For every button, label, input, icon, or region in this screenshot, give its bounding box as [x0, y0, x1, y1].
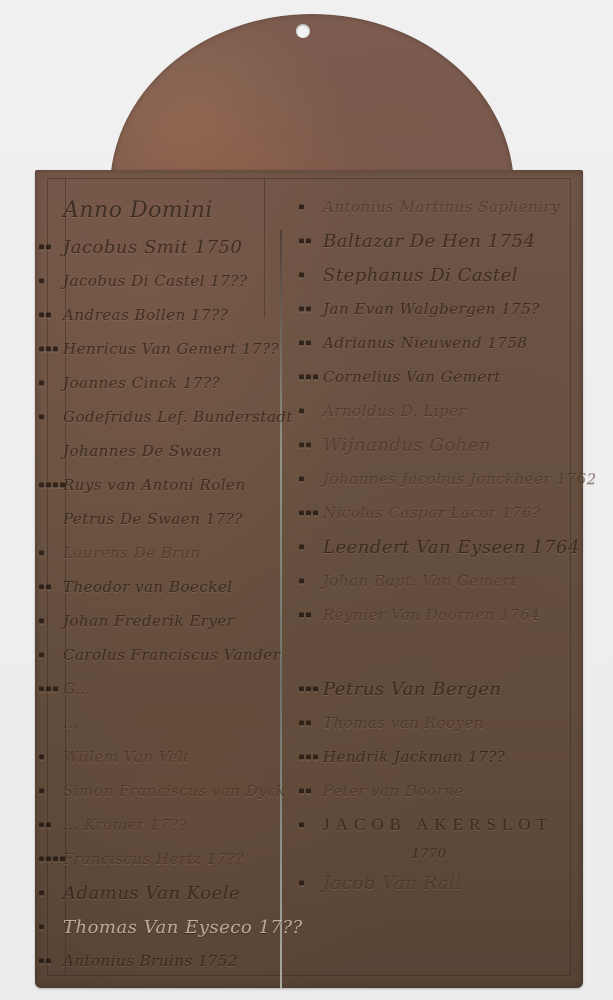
entry-name: Thomas Van Eyseco	[63, 917, 252, 938]
makers-marks-icon	[299, 721, 311, 726]
list-item: Johan Frederik Eryer	[63, 604, 301, 638]
entry-name: Antonius Martinus Sapheniry	[323, 198, 560, 216]
entry-name: Johannes De Swaen	[63, 442, 222, 460]
makers-marks-icon	[39, 959, 51, 964]
list-item: Hendrik Jackman 17??	[323, 740, 575, 774]
entry-year: 17??	[207, 850, 244, 868]
entry-year: 17??	[191, 306, 228, 324]
entry-year: 1750	[195, 237, 243, 258]
entry-name: Johan Frederik Eryer	[63, 612, 234, 630]
list-item: Peter van Doorne	[323, 774, 575, 808]
entry-name: Cornelius Van Gemert	[323, 368, 501, 386]
entry-year: 17??	[150, 816, 187, 834]
list-item: Nicolas Caspar Lacor 176?	[323, 496, 575, 530]
list-item: Adrianus Nieuwend 1758	[323, 326, 575, 360]
list-item: Laurens De Brun	[63, 536, 301, 570]
makers-marks-icon	[299, 375, 318, 380]
entry-year: 17??	[206, 510, 243, 528]
photo-scene: Anno Domini Jacobus Smit 1750 Jacobus Di…	[0, 0, 613, 1000]
makers-marks-icon	[299, 273, 304, 278]
list-item: Antonius Bruins 1752	[63, 944, 301, 978]
makers-marks-icon	[39, 381, 44, 386]
entry-name: Franciscus Hertz	[63, 850, 202, 868]
makers-marks-icon	[299, 545, 304, 550]
list-item: ... Kramer 17??	[63, 808, 301, 842]
entry-year: 17??	[210, 272, 247, 290]
entry-year: 1752	[198, 952, 238, 970]
makers-marks-icon	[299, 239, 311, 244]
entry-name: Reynier Van Doornen	[323, 606, 495, 624]
makers-marks-icon	[299, 823, 304, 828]
list-item: Cornelius Van Gemert	[323, 360, 575, 394]
makers-marks-icon	[299, 341, 311, 346]
entry-year: 175?	[501, 300, 540, 318]
entry-name: Thomas van Rooyen	[323, 714, 484, 732]
entry-name: Petrus Van Bergen	[323, 679, 502, 700]
entry-name: Arnoldus D. Liper	[323, 402, 466, 420]
entry-name: Wijnandus Gohen	[323, 435, 491, 456]
makers-marks-icon	[299, 477, 304, 482]
entry-year: 176?	[502, 504, 541, 522]
list-item: Johannes De Swaen	[63, 434, 301, 468]
entry-name: Petrus De Swaen	[63, 510, 200, 528]
entry-name: Jan Evan Walgbergen	[323, 300, 496, 318]
makers-marks-icon	[39, 891, 44, 896]
heading-text: Anno Domini	[63, 198, 213, 223]
plaque-plate: Anno Domini Jacobus Smit 1750 Jacobus Di…	[35, 170, 583, 988]
list-item: Franciscus Hertz 17??	[63, 842, 301, 876]
makers-marks-icon	[299, 307, 311, 312]
entry-name: Jacob Van Rall	[323, 873, 462, 894]
list-item: Jacobus Smit 1750	[63, 230, 301, 264]
entry-name: G...	[63, 680, 91, 698]
list-item: Baltazar De Hen 1754	[323, 224, 575, 258]
makers-marks-icon	[299, 443, 311, 448]
makers-marks-icon	[39, 313, 51, 318]
list-item	[323, 632, 575, 672]
makers-marks-icon	[299, 881, 304, 886]
list-item: ...	[63, 706, 301, 740]
entry-year: 17??	[258, 917, 302, 938]
list-item: Willem Van Velt	[63, 740, 301, 774]
list-item: Reynier Van Doornen 1764	[323, 598, 575, 632]
list-item: Thomas van Rooyen	[323, 706, 575, 740]
makers-marks-icon	[39, 755, 44, 760]
list-item: Jacobus Di Castel 17??	[63, 264, 301, 298]
list-item: Adamus Van Koele	[63, 876, 301, 910]
entry-name: Hendrik Jackman	[323, 748, 463, 766]
makers-marks-icon	[299, 755, 318, 760]
entry-name: Carolus Franciscus Vander	[63, 646, 280, 664]
entry-name: Henricus Van Gemert	[63, 340, 237, 358]
right-column: Antonius Martinus Sapheniry Baltazar De …	[323, 190, 575, 900]
list-item: Johan Bapt. Van Gemert	[323, 564, 575, 598]
makers-marks-icon	[39, 619, 44, 624]
list-item: G...	[63, 672, 301, 706]
entry-name: Godefridus Lef. Bunderstadt	[63, 408, 293, 426]
list-item: Godefridus Lef. Bunderstadt	[63, 400, 301, 434]
makers-marks-icon	[39, 823, 51, 828]
entry-name: Laurens De Brun	[63, 544, 200, 562]
makers-marks-icon	[39, 245, 51, 250]
entry-name: Baltazar De Hen	[323, 231, 481, 252]
entry-name: Joannes Cinck	[63, 374, 178, 392]
makers-marks-icon	[39, 857, 65, 862]
makers-marks-icon	[299, 511, 318, 516]
makers-marks-icon	[39, 687, 58, 692]
list-item: Simon Franciscus van Dyck	[63, 774, 301, 808]
list-item: Jan Evan Walgbergen 175?	[323, 292, 575, 326]
makers-marks-icon	[39, 279, 44, 284]
entry-year: 1770	[411, 847, 446, 862]
entry-name: Theodor van Boeckel	[63, 578, 233, 596]
makers-marks-icon	[39, 483, 65, 488]
entry-year: 1758	[487, 334, 527, 352]
entry-year: 17??	[242, 340, 279, 358]
list-item: Antonius Martinus Sapheniry	[323, 190, 575, 224]
list-item: Ruys van Antoni Rolen	[63, 468, 301, 502]
entry-name: Johan Bapt. Van Gemert	[323, 572, 517, 590]
list-item: Stephanus Di Castel	[323, 258, 575, 292]
list-item: Arnoldus D. Liper	[323, 394, 575, 428]
list-item: 1770	[323, 842, 575, 866]
makers-marks-icon	[39, 551, 44, 556]
entry-name: Adrianus Nieuwend	[323, 334, 482, 352]
makers-marks-icon	[299, 205, 304, 210]
list-item: Johannes Jacobus Jonckheer 1762	[323, 462, 575, 496]
list-item: Joannes Cinck 17??	[63, 366, 301, 400]
list-item: Thomas Van Eyseco 17??	[63, 910, 301, 944]
entry-name: Ruys van Antoni Rolen	[63, 476, 246, 494]
entry-name: Andreas Bollen	[63, 306, 186, 324]
entry-name: Antonius Bruins	[63, 952, 193, 970]
makers-marks-icon	[39, 653, 44, 658]
makers-marks-icon	[39, 925, 44, 930]
makers-marks-icon	[39, 415, 44, 420]
list-item: Petrus Van Bergen	[323, 672, 575, 706]
entry-name: JACOB AKERSLOT	[323, 815, 553, 835]
entry-year: 17??	[183, 374, 220, 392]
left-column: Anno Domini Jacobus Smit 1750 Jacobus Di…	[63, 190, 301, 978]
entry-name: Adamus Van Koele	[63, 883, 240, 904]
entry-name: Jacobus Di Castel	[63, 272, 205, 290]
entry-name: Stephanus Di Castel	[323, 265, 518, 286]
entry-year: 1754	[488, 231, 536, 252]
list-item: Carolus Franciscus Vander	[63, 638, 301, 672]
entry-name: Nicolas Caspar Lacor	[323, 504, 497, 522]
list-item: JACOB AKERSLOT	[323, 808, 575, 842]
makers-marks-icon	[299, 409, 304, 414]
list-item: Wijnandus Gohen	[323, 428, 575, 462]
list-item: Henricus Van Gemert 17??	[63, 332, 301, 366]
entry-year: 1764	[500, 606, 540, 624]
entry-name: ...	[63, 714, 79, 732]
list-item: Jacob Van Rall	[323, 866, 575, 900]
makers-marks-icon	[299, 687, 318, 692]
makers-marks-icon	[39, 347, 58, 352]
list-item: Leendert Van Eyseen 1764	[323, 530, 575, 564]
entry-name: ... Kramer	[63, 816, 145, 834]
list-item: Andreas Bollen 17??	[63, 298, 301, 332]
makers-marks-icon	[299, 613, 311, 618]
heading-anno-domini: Anno Domini	[63, 190, 301, 230]
suspension-hole	[296, 24, 310, 38]
entry-year: 17??	[468, 748, 505, 766]
entry-name: Willem Van Velt	[63, 748, 190, 766]
entry-year: 1762	[557, 470, 597, 488]
entry-name: Johannes Jacobus Jonckheer	[323, 470, 551, 488]
list-item: Theodor van Boeckel	[63, 570, 301, 604]
list-item: Petrus De Swaen 17??	[63, 502, 301, 536]
makers-marks-icon	[299, 789, 311, 794]
makers-marks-icon	[299, 579, 304, 584]
makers-marks-icon	[39, 585, 51, 590]
entry-name: Jacobus Smit	[63, 237, 188, 258]
entry-name: Simon Franciscus van Dyck	[63, 782, 286, 800]
entry-name: Leendert Van Eyseen	[323, 537, 526, 558]
makers-marks-icon	[39, 789, 44, 794]
entry-year: 1764	[532, 537, 580, 558]
entry-name: Peter van Doorne	[323, 782, 464, 800]
